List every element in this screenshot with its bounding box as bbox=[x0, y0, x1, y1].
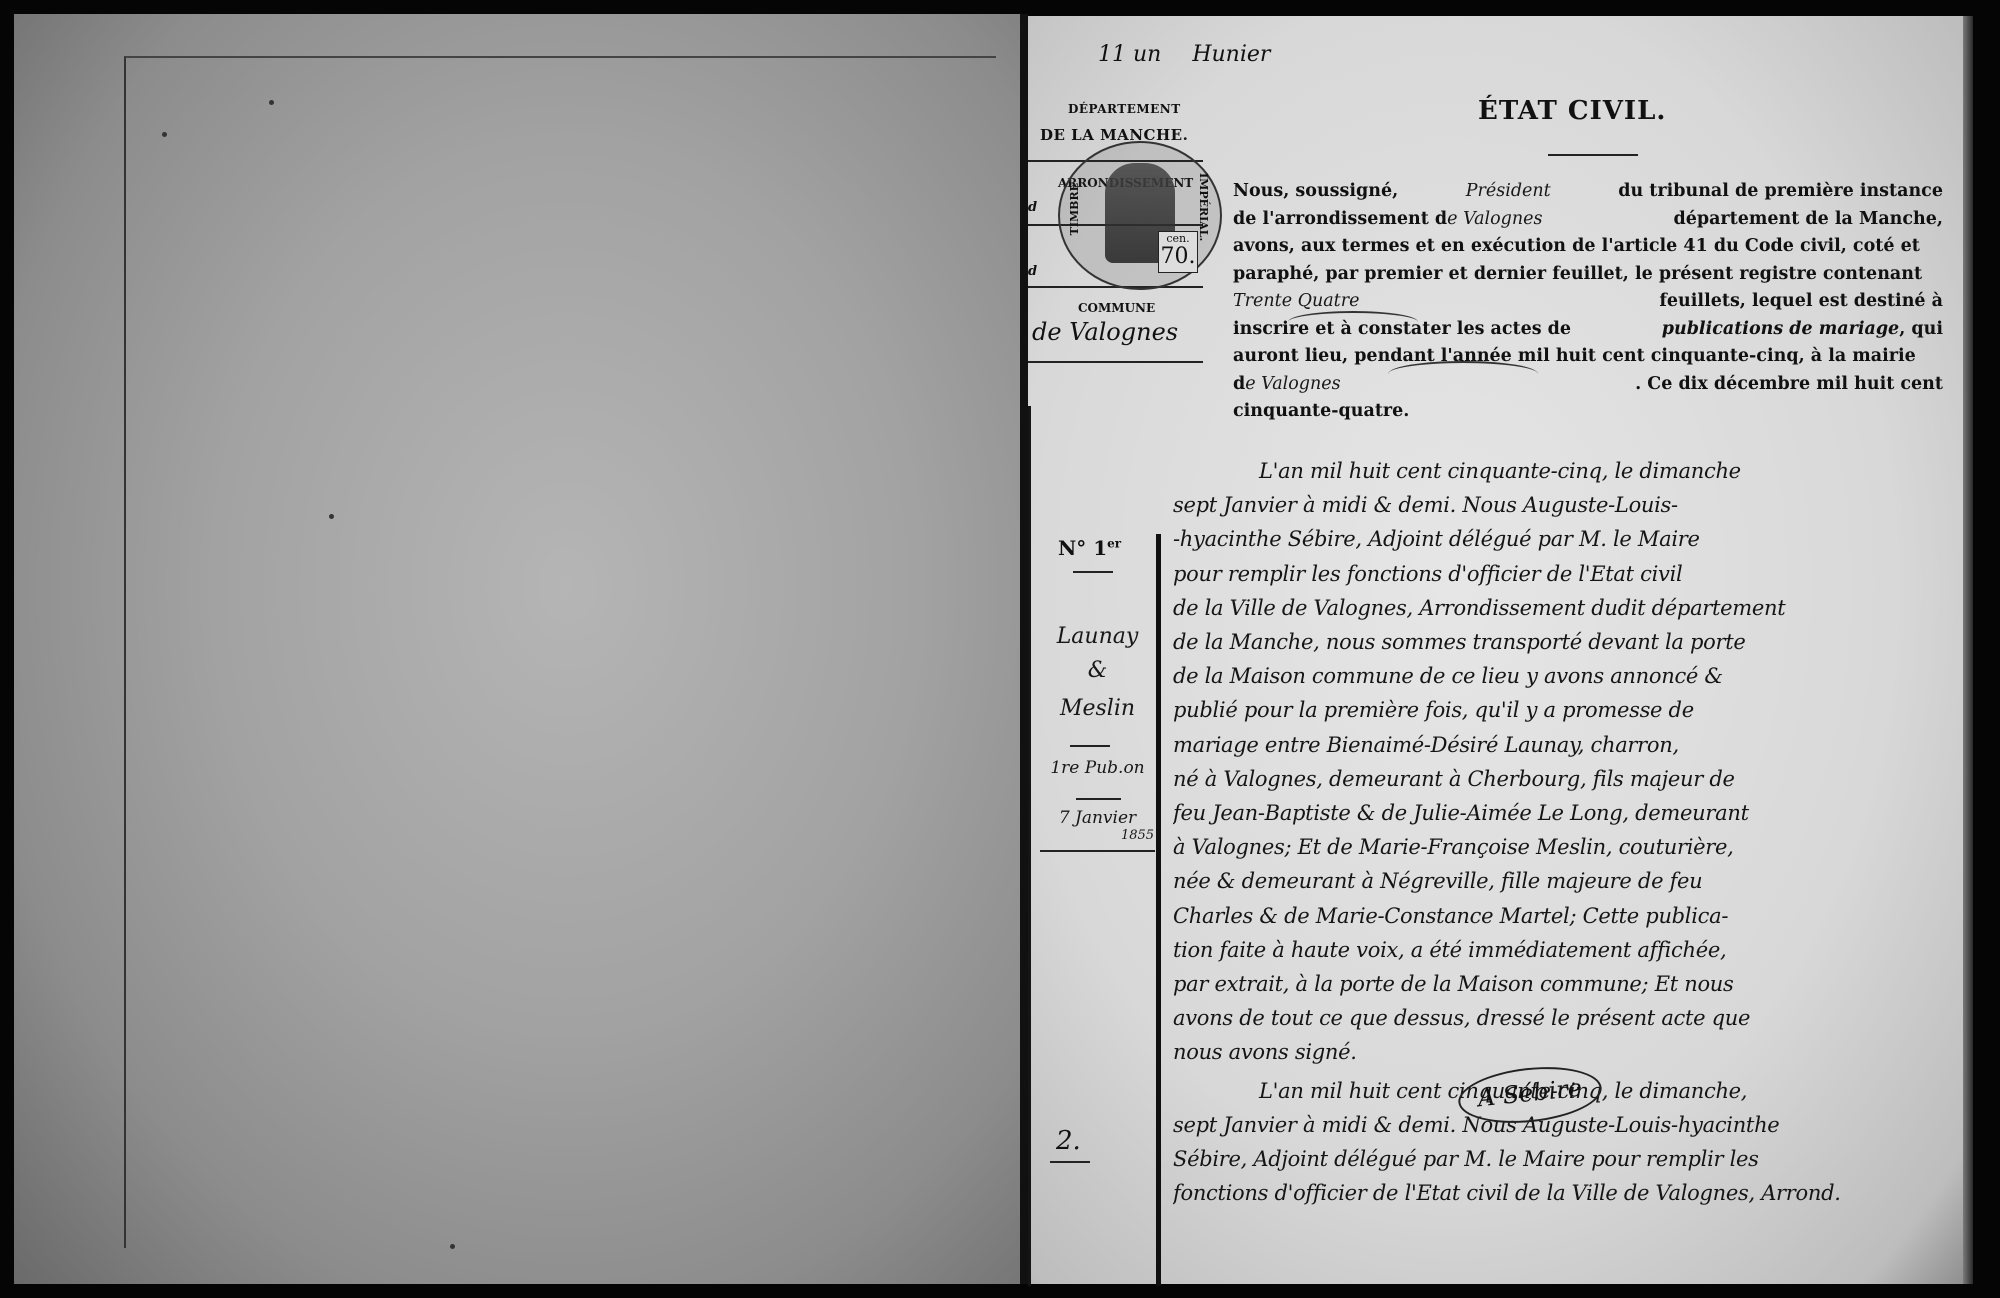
certificate-text: Nous, soussigné, Président du tribunal d… bbox=[1233, 178, 1943, 426]
book-gutter bbox=[1020, 14, 1028, 1284]
entry-rule bbox=[1070, 745, 1110, 747]
pen-flourish bbox=[1288, 311, 1418, 333]
text-line: par extrait, à la porte de la Maison com… bbox=[1173, 967, 1963, 1001]
department-label: DÉPARTEMENT bbox=[1068, 102, 1181, 116]
paper-spot bbox=[329, 514, 334, 519]
text-line: L'an mil huit cent cinquante-cinq, le di… bbox=[1173, 454, 1963, 488]
italic-text: publications de mariage bbox=[1662, 319, 1899, 339]
margin-column-right-rule bbox=[1156, 534, 1161, 1286]
certificate-line: paraphé, par premier et dernier feuillet… bbox=[1233, 261, 1943, 289]
certificate-line: cinquante-quatre. bbox=[1233, 398, 1943, 426]
paper-spot bbox=[450, 1244, 455, 1249]
handwritten-fill: e Valognes bbox=[1245, 374, 1340, 394]
text-line: pour remplir les fonctions d'officier de… bbox=[1173, 557, 1963, 591]
printed-text: d bbox=[1233, 374, 1245, 394]
printed-text: cinquante-quatre. bbox=[1233, 398, 1409, 426]
margin-year: 1855 bbox=[1040, 828, 1195, 843]
stamp-ring-text-right: IMPÉRIAL. bbox=[1197, 173, 1210, 241]
commune-label: COMMUNE bbox=[1078, 301, 1155, 315]
printed-text: . Ce dix décembre mil huit cent bbox=[1635, 371, 1943, 399]
entry-rule bbox=[1076, 798, 1121, 800]
handwritten-fill: Président bbox=[1466, 178, 1551, 206]
department-name: DE LA MANCHE. bbox=[1040, 126, 1188, 144]
paper-spot bbox=[269, 100, 274, 105]
certificate-line: de Valognes . Ce dix décembre mil huit c… bbox=[1233, 371, 1943, 399]
certificate-line: de l'arrondissement de Valognes départem… bbox=[1233, 206, 1943, 234]
text-line: publié pour la première fois, qu'il y a … bbox=[1173, 693, 1963, 727]
text-line: fonctions d'officier de l'Etat civil de … bbox=[1173, 1176, 1963, 1210]
commune-value: de Valognes bbox=[1032, 318, 1178, 346]
header-column: DÉPARTEMENT DE LA MANCHE. ARRONDISSEMENT… bbox=[1028, 16, 1218, 416]
text-line: feu Jean-Baptiste & de Julie-Aimée Le Lo… bbox=[1173, 796, 1963, 830]
text-line: de la Maison commune de ce lieu y avons … bbox=[1173, 659, 1963, 693]
stamp-value: cen. 70. bbox=[1158, 231, 1198, 273]
margin-letter: d bbox=[1028, 200, 1037, 215]
text-line: de la Manche, nous sommes transporté dev… bbox=[1173, 625, 1963, 659]
printed-text: département de la Manche, bbox=[1673, 206, 1943, 234]
text-line: mariage entre Bienaimé-Désiré Launay, ch… bbox=[1173, 728, 1963, 762]
text-line: nous avons signé. bbox=[1173, 1035, 1963, 1069]
text-line: Sébire, Adjoint délégué par M. le Maire … bbox=[1173, 1142, 1963, 1176]
margin-date: 7 Janvier bbox=[1040, 808, 1155, 828]
entry-number-text: N° 1 bbox=[1058, 536, 1107, 560]
page-edge bbox=[1963, 16, 1973, 1284]
stamp-ring-text-left: TIMBRE bbox=[1068, 183, 1081, 235]
text-line: tion faite à haute voix, a été immédiate… bbox=[1173, 933, 1963, 967]
header-rule bbox=[1028, 361, 1203, 363]
printed-text: Nous, soussigné, bbox=[1233, 178, 1398, 206]
tax-stamp: TIMBRE IMPÉRIAL. cen. 70. bbox=[1058, 141, 1222, 290]
printed-text: du tribunal de première instance bbox=[1618, 178, 1943, 206]
text-line: Charles & de Marie-Constance Martel; Cet… bbox=[1173, 899, 1963, 933]
text-line: -hyacinthe Sébire, Adjoint délégué par M… bbox=[1173, 522, 1963, 556]
pen-flourish bbox=[1388, 361, 1538, 387]
register-page: 11 un Hunier DÉPARTEMENT DE LA MANCHE. A… bbox=[1028, 16, 1973, 1284]
margin-ampersand: & bbox=[1040, 658, 1155, 683]
entry-rule bbox=[1050, 1161, 1090, 1163]
text-line: à Valognes; Et de Marie-Françoise Meslin… bbox=[1173, 830, 1963, 864]
printed-text: , qui bbox=[1899, 319, 1943, 339]
printed-text: auront lieu, pendant l'année mil huit ce… bbox=[1233, 343, 1916, 371]
handwritten-fill: e Valognes bbox=[1447, 209, 1542, 229]
entry-number: N° 1er bbox=[1058, 536, 1121, 560]
text-line: sept Janvier à midi & demi. Nous Auguste… bbox=[1173, 488, 1963, 522]
text-line: de la Ville de Valognes, Arrondissement … bbox=[1173, 591, 1963, 625]
text-line: né à Valognes, demeurant à Cherbourg, fi… bbox=[1173, 762, 1963, 796]
document-title: ÉTAT CIVIL. bbox=[1478, 96, 1666, 126]
certificate-line: auront lieu, pendant l'année mil huit ce… bbox=[1233, 343, 1943, 371]
entry-rule bbox=[1073, 571, 1113, 573]
margin-publication: 1re Pub.on bbox=[1040, 758, 1155, 778]
margin-name: Meslin bbox=[1040, 696, 1155, 721]
stamp-amount: 70. bbox=[1159, 245, 1197, 269]
printed-text: feuillets, lequel est destiné à bbox=[1659, 288, 1943, 316]
entry-rule bbox=[1040, 850, 1155, 852]
text-line: avons de tout ce que dessus, dressé le p… bbox=[1173, 1001, 1963, 1035]
margin-column-left-rule bbox=[1028, 406, 1031, 1286]
text-line: née & demeurant à Négreville, fille maje… bbox=[1173, 864, 1963, 898]
title-underline bbox=[1548, 154, 1638, 156]
margin-name: Launay bbox=[1040, 624, 1155, 649]
printed-text: paraphé, par premier et dernier feuillet… bbox=[1233, 261, 1922, 289]
printed-text: de l'arrondissement d bbox=[1233, 209, 1447, 229]
margin-letter: d bbox=[1028, 264, 1037, 279]
left-page-frame-line bbox=[124, 56, 996, 1248]
entry-number-suffix: er bbox=[1107, 536, 1121, 550]
paper-spot bbox=[162, 132, 167, 137]
entry-2-number: 2. bbox=[1056, 1126, 1081, 1156]
certificate-line: Nous, soussigné, Président du tribunal d… bbox=[1233, 178, 1943, 206]
certificate-line: avons, aux termes et en exécution de l'a… bbox=[1233, 233, 1943, 261]
printed-text: avons, aux termes et en exécution de l'a… bbox=[1233, 233, 1920, 261]
left-blank-page bbox=[14, 14, 1020, 1284]
